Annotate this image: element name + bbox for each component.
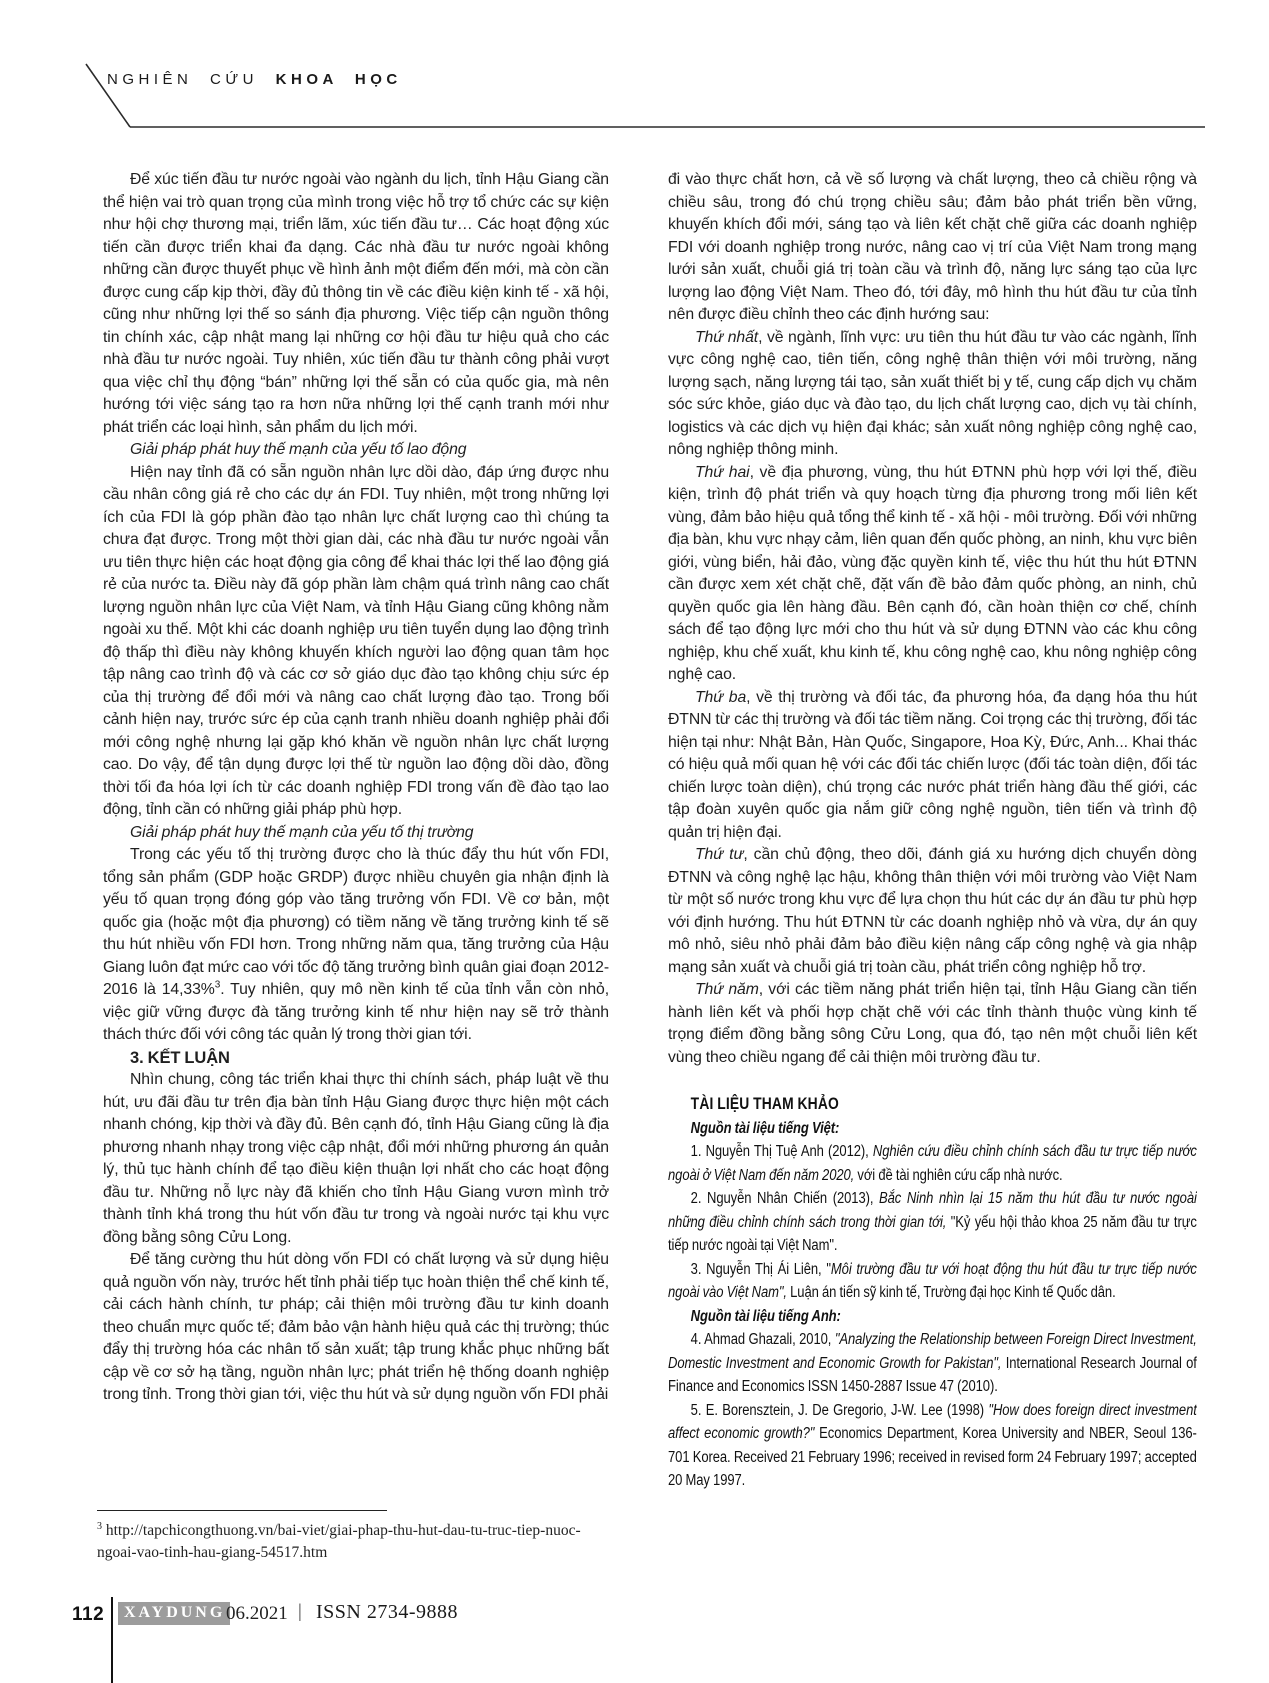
reference-text: với đề tài nghiên cứu cấp nhà nước. bbox=[854, 1167, 1062, 1184]
journal-logo: XAYDUNG bbox=[118, 1602, 230, 1625]
footnote: 3 http://tapchicongthuong.vn/bai-viet/gi… bbox=[97, 1510, 597, 1564]
section-header: NGHIÊN CỨU KHOA HỌC bbox=[107, 71, 402, 88]
journal-page: NGHIÊN CỨU KHOA HỌC Để xúc tiến đầu tư n… bbox=[0, 0, 1269, 1683]
point-lead: Thứ nhất bbox=[695, 329, 758, 346]
reference-item-5: 5. E. Borensztein, J. De Gregorio, J-W. … bbox=[668, 1399, 1197, 1493]
point-text: , cần chủ động, theo dõi, đánh giá xu hư… bbox=[668, 846, 1197, 976]
point-lead: Thứ năm bbox=[695, 981, 759, 998]
point-paragraph-2: Thứ hai, về địa phương, vùng, thu hút ĐT… bbox=[668, 462, 1197, 687]
footer-divider-line bbox=[111, 1597, 113, 1683]
reference-text: 1. Nguyễn Thị Tuệ Anh (2012), bbox=[691, 1143, 873, 1160]
references-viet-subheading: Nguồn tài liệu tiếng Việt: bbox=[668, 1117, 1197, 1141]
reference-item-4: 4. Ahmad Ghazali, 2010, "Analyzing the R… bbox=[668, 1328, 1197, 1399]
reference-text: 2. Nguyễn Nhân Chiến (2013), bbox=[691, 1190, 879, 1207]
reference-text: 4. Ahmad Ghazali, 2010, bbox=[691, 1331, 835, 1348]
point-paragraph-4: Thứ tư, cần chủ động, theo dõi, đánh giá… bbox=[668, 844, 1197, 979]
subheading-market-solution: Giải pháp phát huy thế mạnh của yếu tố t… bbox=[103, 822, 609, 845]
references-section: TÀI LIỆU THAM KHẢO Nguồn tài liệu tiếng … bbox=[668, 1093, 1197, 1493]
reference-text: 5. E. Borensztein, J. De Gregorio, J-W. … bbox=[691, 1402, 989, 1419]
reference-text: Luận án tiến sỹ kinh tế, Trường đại học … bbox=[787, 1284, 1116, 1301]
issue-date: 06.2021 bbox=[226, 1603, 288, 1625]
header-rule bbox=[0, 0, 1269, 140]
section-header-light: NGHIÊN CỨU bbox=[107, 71, 258, 88]
footnote-url: http://tapchicongthuong.vn/bai-viet/giai… bbox=[97, 1522, 581, 1561]
point-lead: Thứ hai bbox=[695, 464, 750, 481]
paragraph-labor: Hiện nay tỉnh đã có sẵn nguồn nhân lực d… bbox=[103, 462, 609, 822]
right-column: đi vào thực chất hơn, cả về số lượng và … bbox=[668, 169, 1197, 1659]
left-column: Để xúc tiến đầu tư nước ngoài vào ngành … bbox=[103, 169, 609, 1514]
point-text: , về thị trường và đối tác, đa phương hó… bbox=[668, 689, 1197, 841]
paragraph-conclusion-1: Nhìn chung, công tác triển khai thực thi… bbox=[103, 1069, 609, 1249]
conclusion-heading: 3. KẾT LUẬN bbox=[103, 1047, 609, 1070]
reference-item-2: 2. Nguyễn Nhân Chiến (2013), Bắc Ninh nh… bbox=[668, 1187, 1197, 1258]
point-text: , về ngành, lĩnh vực: ưu tiên thu hút đầ… bbox=[668, 329, 1197, 459]
page-number: 112 bbox=[72, 1604, 104, 1626]
point-paragraph-3: Thứ ba, về thị trường và đối tác, đa phư… bbox=[668, 687, 1197, 845]
paragraph-continuation: đi vào thực chất hơn, cả về số lượng và … bbox=[668, 169, 1197, 327]
reference-item-1: 1. Nguyễn Thị Tuệ Anh (2012), Nghiên cứu… bbox=[668, 1140, 1197, 1187]
reference-text: 3. Nguyễn Thị Ái Liên, " bbox=[691, 1261, 831, 1278]
point-paragraph-1: Thứ nhất, về ngành, lĩnh vực: ưu tiên th… bbox=[668, 327, 1197, 462]
section-header-bold: KHOA HỌC bbox=[276, 71, 402, 88]
references-eng-subheading: Nguồn tài liệu tiếng Anh: bbox=[668, 1305, 1197, 1329]
footer-separator: | bbox=[298, 1601, 302, 1623]
point-lead: Thứ ba bbox=[695, 689, 746, 706]
point-text: , về địa phương, vùng, thu hút ĐTNN phù … bbox=[668, 464, 1197, 684]
point-paragraph-5: Thứ năm, với các tiềm năng phát triển hi… bbox=[668, 979, 1197, 1069]
reference-item-3: 3. Nguyễn Thị Ái Liên, "Môi trường đầu t… bbox=[668, 1258, 1197, 1305]
paragraph-conclusion-2: Để tăng cường thu hút dòng vốn FDI có ch… bbox=[103, 1249, 609, 1407]
point-lead: Thứ tư bbox=[695, 846, 743, 863]
footnote-text: 3 http://tapchicongthuong.vn/bai-viet/gi… bbox=[97, 1520, 597, 1564]
paragraph-market: Trong các yếu tố thị trường được cho là … bbox=[103, 844, 609, 1047]
issn-number: ISSN 2734-9888 bbox=[316, 1601, 458, 1624]
references-heading: TÀI LIỆU THAM KHẢO bbox=[668, 1093, 1197, 1117]
paragraph-tourism-promotion: Để xúc tiến đầu tư nước ngoài vào ngành … bbox=[103, 169, 609, 439]
footnote-rule bbox=[97, 1510, 387, 1511]
paragraph-market-text: Trong các yếu tố thị trường được cho là … bbox=[103, 846, 609, 998]
subheading-labor-solution: Giải pháp phát huy thế mạnh của yếu tố l… bbox=[103, 439, 609, 462]
